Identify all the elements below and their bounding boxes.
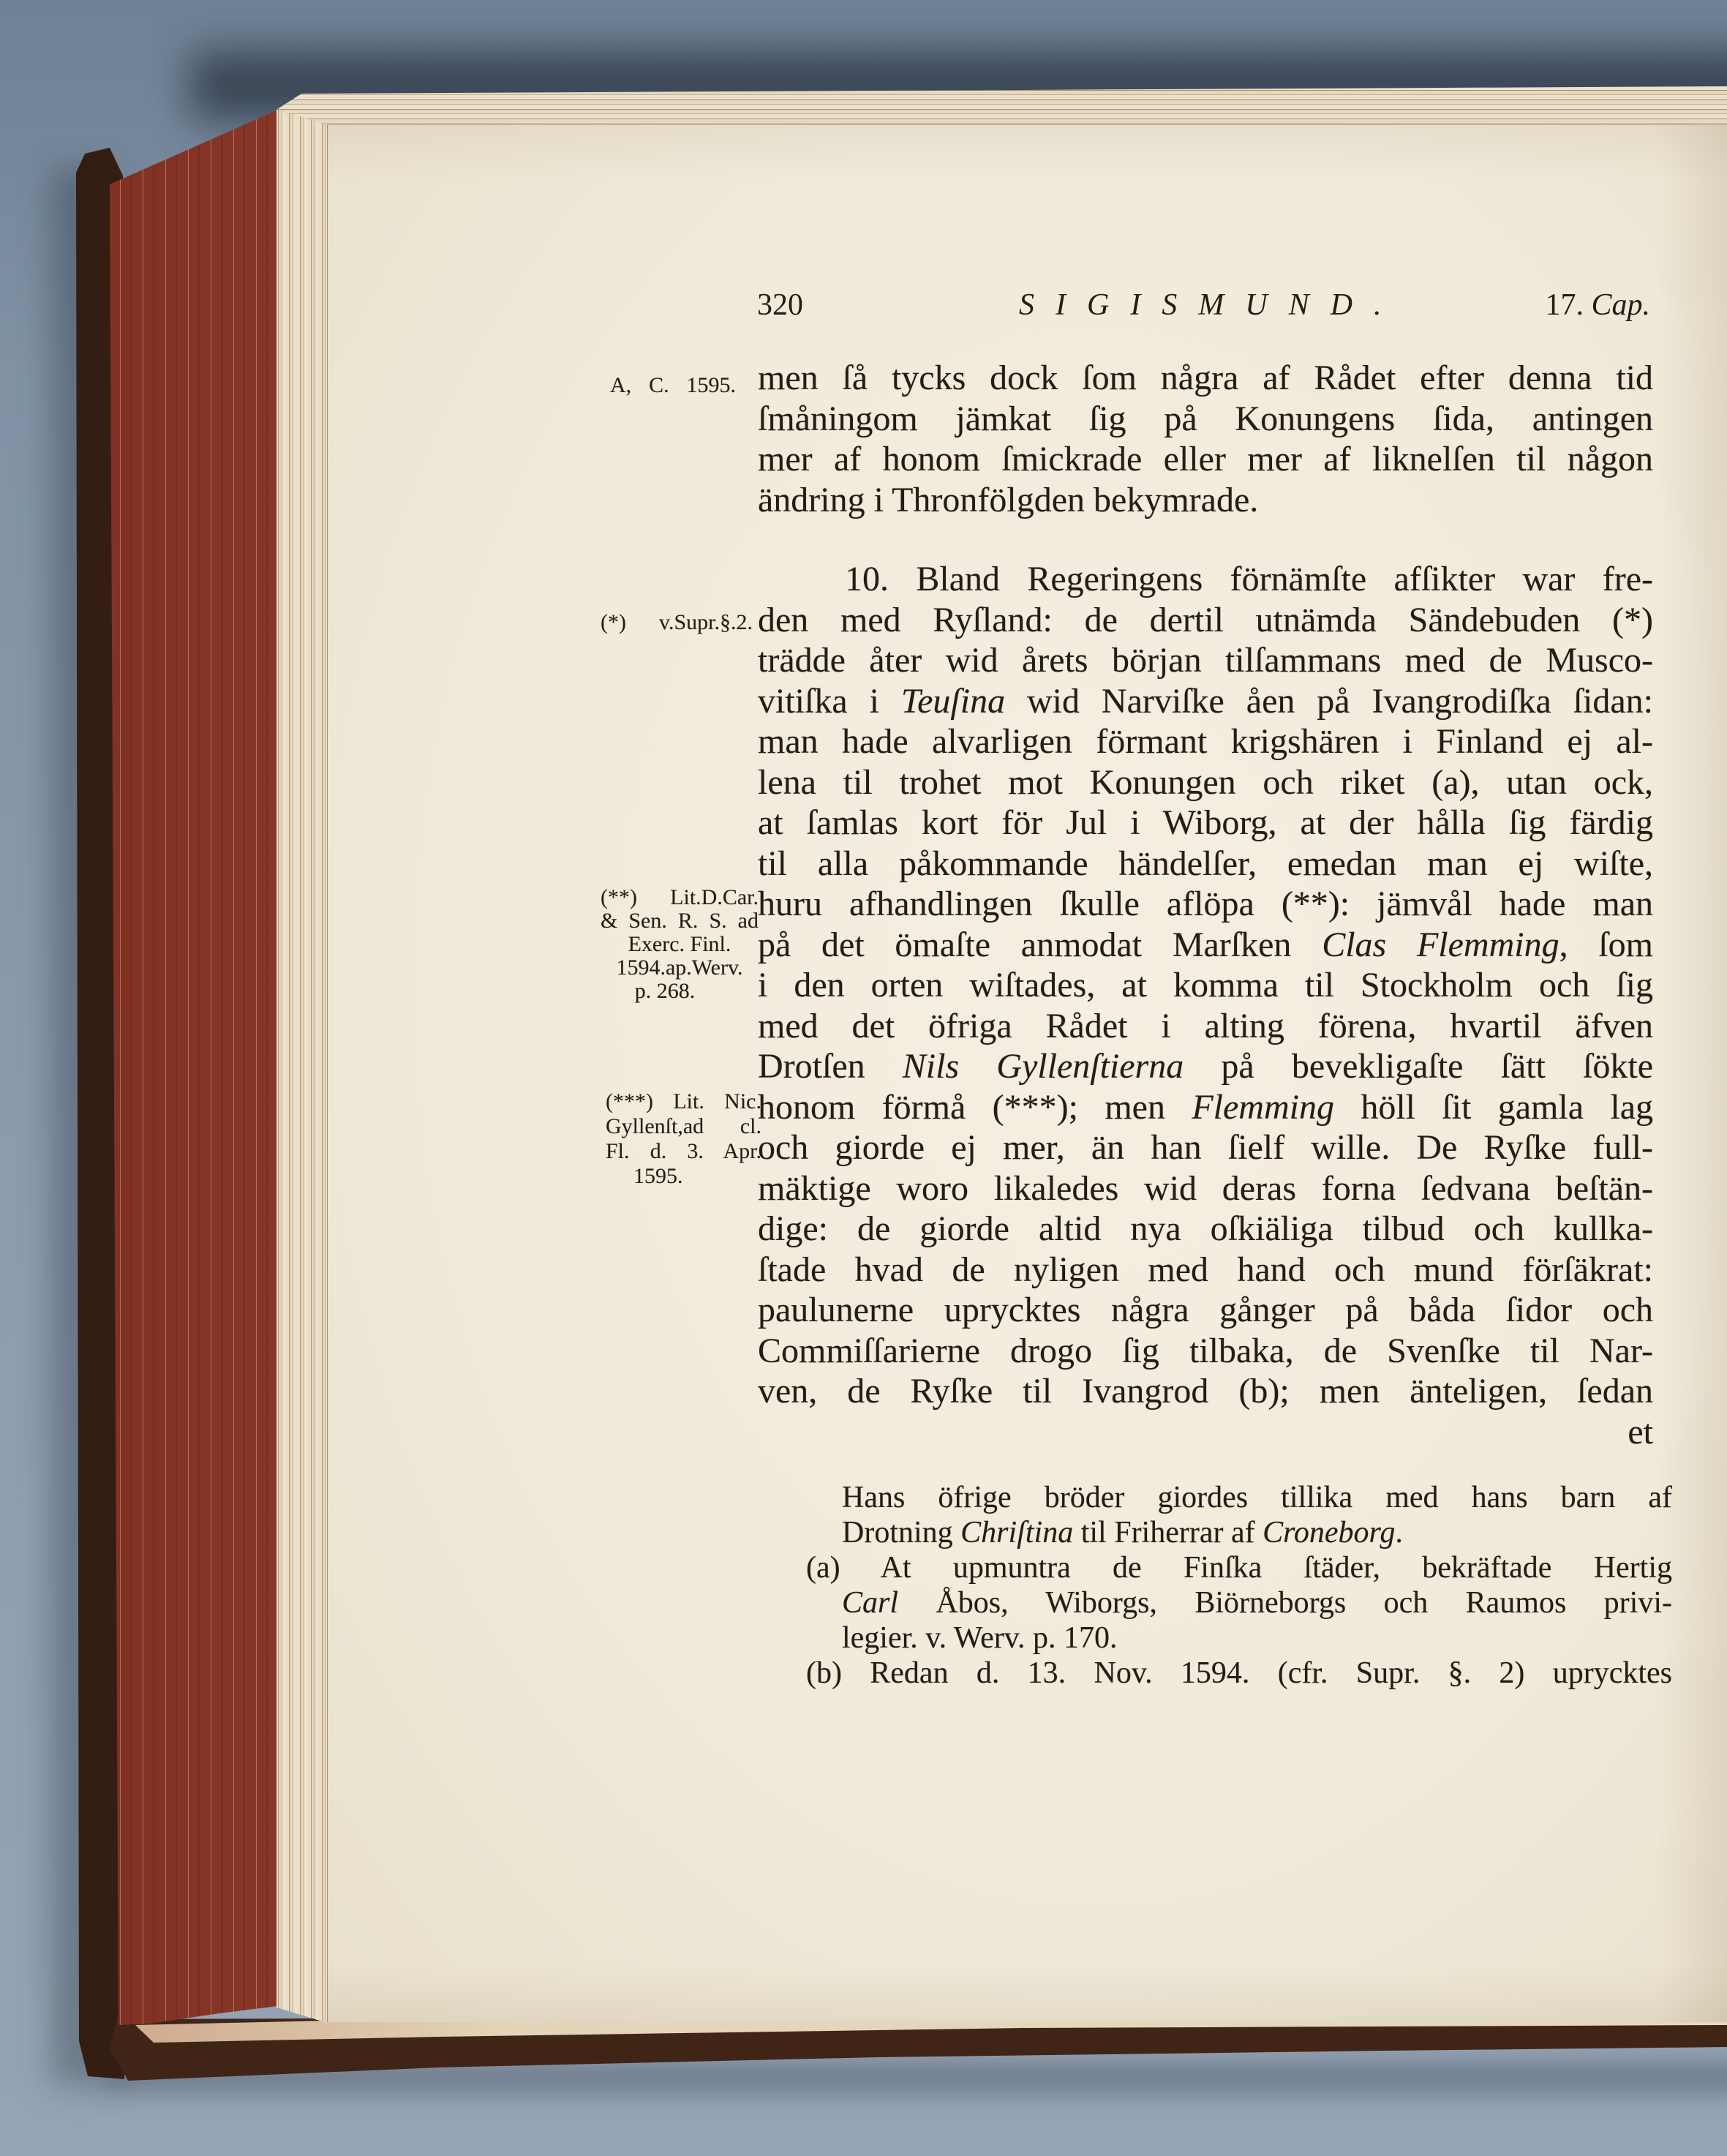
- italic-place-name: Croneborg: [1263, 1516, 1395, 1550]
- chapter-number: 17.: [1545, 288, 1584, 322]
- italic-person-name: Flemming: [1192, 1088, 1334, 1127]
- italic-person-name: Clas Flemming: [1322, 925, 1559, 964]
- text-segment: vitiſka i: [758, 682, 901, 721]
- paragraph-continuation: men ſå tycks dock ſom några af Rådet eft…: [758, 358, 1653, 520]
- text-line: mäktige woro likaledes wid deras forna ſ…: [758, 1168, 1653, 1209]
- text-line: den med Ryſland: de dertil utnämda Sände…: [758, 600, 1653, 641]
- text-line: huru afhandlingen ſkulle aflöpa (**): jä…: [758, 884, 1653, 925]
- text-line: Drotſen Nils Gyllenſtierna på bevekligaſ…: [758, 1046, 1653, 1087]
- footnote-line: Carl Åbos, Wiborgs, Biörneborgs och Raum…: [806, 1585, 1672, 1620]
- text-line: med det öfriga Rådet i alting förena, hv…: [758, 1006, 1653, 1047]
- text-segment: på bevekligaſte ſätt ſökte: [1184, 1047, 1653, 1086]
- margin-note-line: Gyllenſt,ad cl.: [606, 1114, 761, 1139]
- text-line: ſmåningom jämkat ſig på Konungens ſida, …: [758, 399, 1653, 440]
- text-line: ven, de Ryſke til Ivangrod (b); men änte…: [758, 1371, 1653, 1412]
- margin-note-line: Exerc. Finl.: [601, 933, 759, 956]
- text-segment: Drotſen: [758, 1047, 903, 1086]
- text-line: til alla påkommande händelſer, emedan ma…: [758, 844, 1653, 884]
- catchword: et: [758, 1412, 1653, 1453]
- text-segment: Åbos, Wiborgs, Biörneborgs och Raumos pr…: [898, 1586, 1672, 1620]
- italic-person-name: Chriſtina: [960, 1516, 1073, 1550]
- italic-person-name: Nils Gyllenſtierna: [903, 1047, 1184, 1086]
- text-line: vitiſka i Teuſina wid Narviſke åen på Iv…: [758, 681, 1653, 722]
- text-line: dige: de giorde altid nya oſkiäliga tilb…: [758, 1209, 1653, 1250]
- margin-note-line: p. 268.: [601, 980, 759, 1003]
- margin-note-line: (***) Lit. Nic.: [606, 1089, 761, 1114]
- text-line: på det ömaſte anmodat Marſken Clas Flemm…: [758, 925, 1653, 966]
- text-segment: .: [1395, 1516, 1403, 1550]
- paragraph-section-10: 10. Bland Regeringens förnämſte afſikter…: [758, 559, 1653, 1452]
- text-line: paulunerne uprycktes några gånger på båd…: [758, 1290, 1653, 1331]
- footnote-b: (b) Redan d. 13. Nov. 1594. (cfr. Supr. …: [806, 1656, 1672, 1691]
- margin-note-line: & Sen. R. S. ad: [601, 909, 759, 933]
- text-line: lena til trohet mot Konungen och riket (…: [758, 762, 1653, 803]
- text-line: honom förmå (***); men Flemming höll ſit…: [758, 1087, 1653, 1128]
- text-segment: , ſom: [1559, 925, 1653, 964]
- running-title: SIGISMUND.: [1019, 288, 1402, 323]
- text-line: Commiſſarierne drogo ſig tilbaka, de Sve…: [758, 1331, 1653, 1372]
- text-segment: wid Narviſke åen på Ivangrodiſka ſidan:: [1005, 682, 1653, 721]
- footnote-line: legier. v. Werv. p. 170.: [806, 1620, 1672, 1656]
- text-line: trädde åter wid årets början tilſammans …: [758, 640, 1653, 681]
- footnote-a: (a) At upmuntra de Finſka ſtäder, bekräf…: [806, 1550, 1672, 1585]
- text-segment: honom förmå (***); men: [758, 1088, 1192, 1127]
- margin-note-line: 1595.: [606, 1164, 761, 1189]
- margin-note-line: 1594.ap.Werv.: [601, 956, 759, 980]
- footnote-line: Hans öfrige bröder giordes tillika med h…: [806, 1480, 1672, 1515]
- italic-place-name: Teuſina: [901, 682, 1005, 721]
- text-segment: til Friherrar af: [1073, 1516, 1263, 1550]
- margin-note-line: Fl. d. 3. Apr.: [606, 1139, 761, 1164]
- footnotes: Hans öfrige bröder giordes tillika med h…: [806, 1480, 1672, 1691]
- margin-note-triple-star: (***) Lit. Nic. Gyllenſt,ad cl. Fl. d. 3…: [606, 1089, 761, 1189]
- chapter-label: Cap.: [1591, 288, 1650, 322]
- text-line: at ſamlas kort för Jul i Wiborg, at der …: [758, 803, 1653, 844]
- text-line: man hade alvarligen förmant krigshären i…: [758, 721, 1653, 762]
- text-line: ändring i Thronfölgden bekymrade.: [758, 480, 1653, 521]
- book-page: 320 SIGISMUND. 17. Cap. A, C. 1595. (*) …: [327, 124, 1727, 2022]
- italic-person-name: Carl: [842, 1586, 898, 1620]
- margin-note-single-star: (*) v.Supr.§.2.: [601, 610, 753, 634]
- text-line: i den orten wiſtades, at komma til Stock…: [758, 965, 1653, 1006]
- margin-note-year: A, C. 1595.: [610, 373, 736, 397]
- text-segment: på det ömaſte anmodat Marſken: [758, 925, 1322, 964]
- page-number: 320: [757, 288, 803, 323]
- chapter-reference: 17. Cap.: [1545, 288, 1650, 323]
- text-line: och giorde ej mer, än han ſielf wille. D…: [758, 1127, 1653, 1168]
- margin-note-line: (**) Lit.D.Car.: [601, 886, 759, 909]
- footnote-line: Drotning Chriſtina til Friherrar af Cron…: [806, 1515, 1672, 1550]
- text-line: men ſå tycks dock ſom några af Rådet eft…: [758, 358, 1653, 399]
- text-line: ſtade hvad de nyligen med hand och mund …: [758, 1250, 1653, 1291]
- text-segment: höll ſit gamla lag: [1334, 1088, 1653, 1127]
- text-line: 10. Bland Regeringens förnämſte afſikter…: [758, 559, 1653, 600]
- text-line: mer af honom ſmickrade eller mer af likn…: [758, 439, 1653, 480]
- margin-note-double-star: (**) Lit.D.Car. & Sen. R. S. ad Exerc. F…: [601, 886, 759, 1003]
- text-segment: Drotning: [842, 1516, 960, 1550]
